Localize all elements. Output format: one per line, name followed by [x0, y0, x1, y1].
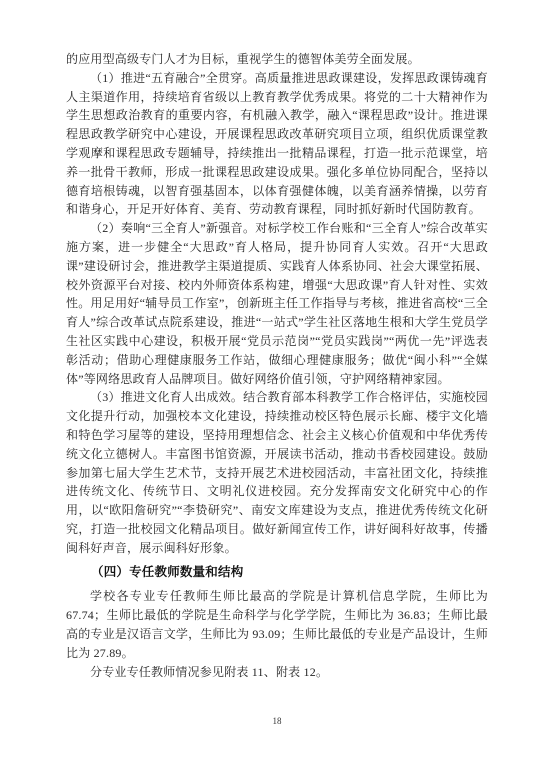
page-number: 18	[0, 716, 554, 726]
paragraph-item-3: （3）推进文化育人出成效。结合教育部本科教学工作合格评估，实施校园文化提升行动，…	[66, 388, 488, 557]
paragraph-item-2: （2）奏响“三全育人”新强音。对标学校工作台账和“三全育人”综合改革实施方案，进…	[66, 219, 488, 388]
appendix-reference-paragraph: 分专业专任教师情况参见附表 11、附表 12。	[66, 663, 488, 682]
document-page: 的应用型高级专门人才为目标，重视学生的德智体美劳全面发展。 （1）推进“五育融合…	[0, 0, 554, 783]
page-body-text: 的应用型高级专门人才为目标，重视学生的德智体美劳全面发展。 （1）推进“五育融合…	[66, 50, 488, 681]
teacher-ratio-paragraph: 学校各专业专任教师生师比最高的学院是计算机信息学院，生师比为 67.74；生师比…	[66, 587, 488, 662]
paragraph-item-1: （1）推进“五育融合”全贯穿。高质量推进思政课建设，发挥思政课铸魂育人主渠道作用…	[66, 69, 488, 219]
section-heading: （四）专任教师数量和结构	[66, 563, 488, 582]
continuation-paragraph: 的应用型高级专门人才为目标，重视学生的德智体美劳全面发展。	[66, 50, 488, 69]
